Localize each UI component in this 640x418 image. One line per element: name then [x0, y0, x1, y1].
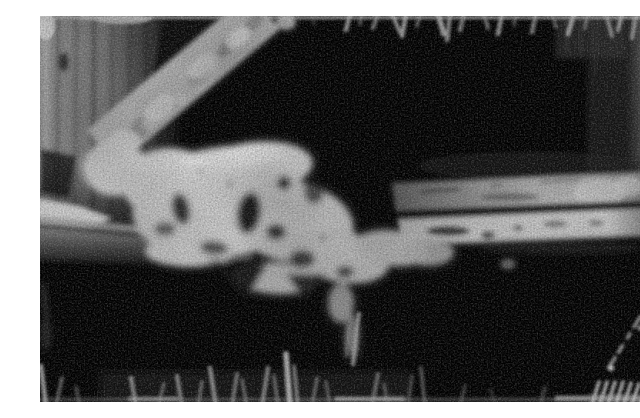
film-grain-light	[40, 16, 640, 402]
photo-canvas	[40, 16, 640, 402]
photograph: Grainy high-contrast black-and-white pho…	[40, 16, 640, 402]
